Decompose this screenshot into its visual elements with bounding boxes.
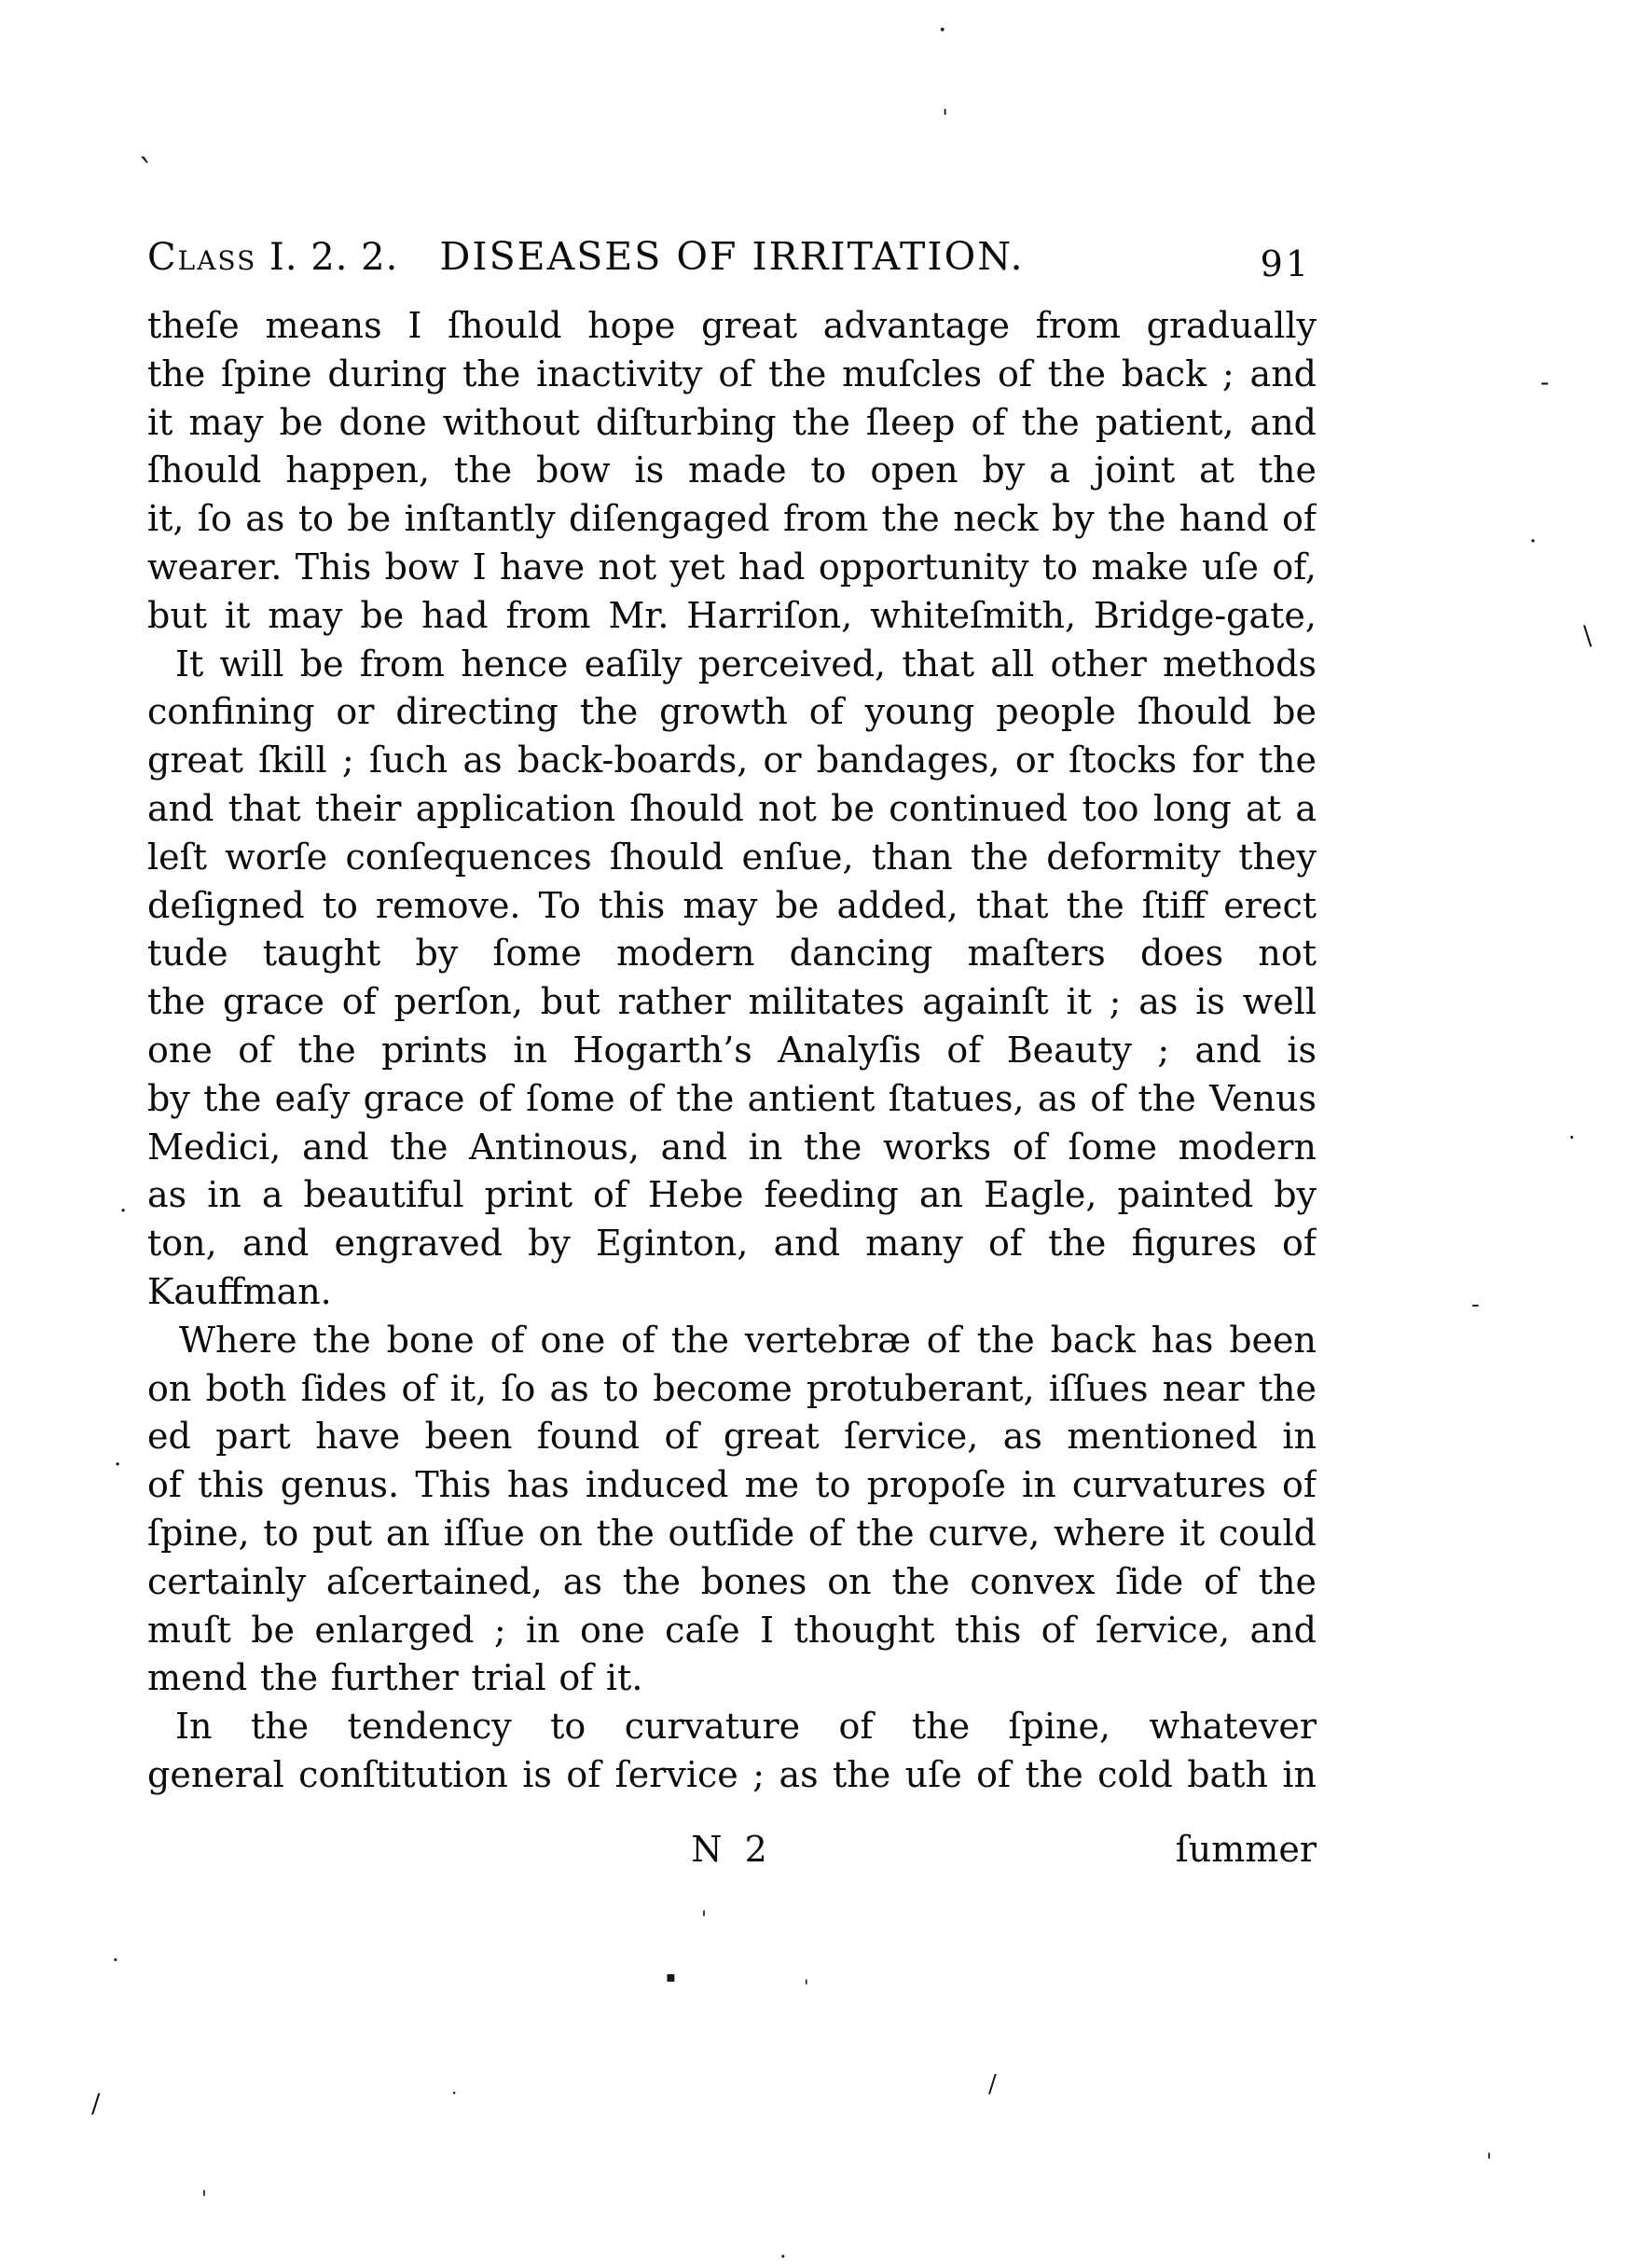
scan-speck: ▪ (666, 1970, 676, 1984)
signature-mark: N 2 (691, 1824, 773, 1874)
text-line: deſigned to remove. To this may be added… (147, 882, 1317, 931)
scan-speck: . (1529, 522, 1537, 546)
scan-speck: · (1568, 1127, 1576, 1149)
text-line: ed part have been found of great ſervice… (147, 1413, 1317, 1461)
text-line: theſe means I ſhould hope great advantag… (147, 302, 1317, 351)
text-line: tude taught by ſome modern dancing maſte… (147, 930, 1317, 978)
text-line: muſt be enlarged ; in one caſe I thought… (147, 1607, 1317, 1655)
text-line: ſpine, to put an iſſue on the outſide of… (147, 1510, 1317, 1558)
scan-speck: \ (1583, 623, 1592, 649)
running-header: Class I. 2. 2. DISEASES OF IRRITATION. 9… (147, 227, 1317, 281)
text-line: Medici, and the Antinous, and in the wor… (147, 1124, 1317, 1172)
class-number: I. 2. 2. (269, 236, 398, 279)
class-heading: Class I. 2. 2. (147, 236, 398, 279)
text-line: by the eaſy grace of ſome of the antient… (147, 1075, 1317, 1124)
text-line: the ſpine during the inactivity of the m… (147, 351, 1317, 399)
text-line: great ſkill ; ſuch as back-boards, or ba… (147, 737, 1317, 785)
text-line: Where the bone of one of the vertebræ of… (147, 1317, 1317, 1365)
text-line: it, ſo as to be inſtantly diſengaged fro… (147, 495, 1317, 544)
text-line: the grace of perſon, but rather militate… (147, 978, 1317, 1027)
text-line: one of the prints in Hogarth’s Analyſis … (147, 1027, 1317, 1075)
text-line: certainly aſcertained, as the bones on t… (147, 1558, 1317, 1607)
scan-speck: ' (1486, 2152, 1492, 2173)
scan-speck: · (938, 17, 947, 45)
page-number: 91 (1261, 243, 1311, 284)
text-line: confining or directing the growth of you… (147, 688, 1317, 737)
scan-speck: - (1471, 1293, 1480, 1317)
body-text: theſe means I ſhould hope great advantag… (147, 302, 1317, 1800)
text-line: of this genus. This has induced me to pr… (147, 1461, 1317, 1510)
text-line: it may be done without diſturbing the ſl… (147, 399, 1317, 448)
scan-speck: ' (701, 1910, 707, 1930)
scan-speck: ˈ (942, 108, 948, 132)
running-title: DISEASES OF IRRITATION. (440, 234, 1025, 279)
catchword: ſummer (1176, 1824, 1317, 1874)
scan-speck: ' (201, 2190, 207, 2210)
text-line: mend the further trial of it. (147, 1654, 1317, 1703)
text-line: and that their application ſhould not be… (147, 785, 1317, 834)
text-line: In the tendency to curvature of the ſpin… (147, 1703, 1317, 1751)
scan-speck: · (779, 2246, 787, 2268)
text-line: Kauffman. (147, 1268, 1317, 1317)
scan-speck: ` (138, 157, 155, 190)
scan-speck: · (114, 1453, 121, 1477)
scan-speck: ' (804, 1977, 809, 1996)
text-line: general conſtitution is of ſervice ; as … (147, 1751, 1317, 1800)
scan-speck: · (119, 1199, 127, 1224)
scan-speck: · (112, 1949, 119, 1971)
text-line: ton, and engraved by Eginton, and many o… (147, 1220, 1317, 1268)
book-page: Class I. 2. 2. DISEASES OF IRRITATION. 9… (0, 0, 1641, 2268)
text-line: It will be from hence eaſily perceived, … (147, 641, 1317, 689)
text-line: as in a beautiful print of Hebe feeding … (147, 1171, 1317, 1220)
text-line: on both ſides of it, ſo as to become pro… (147, 1365, 1317, 1414)
scan-speck: · (451, 2083, 457, 2102)
scan-speck: / (91, 2091, 100, 2117)
page-footer: N 2 ſummer (147, 1824, 1317, 1874)
text-line: but it may be had from Mr. Harriſon, whi… (147, 592, 1317, 641)
class-word: Class (147, 236, 256, 279)
scan-speck: - (1540, 369, 1549, 395)
text-line: ſhould happen, the bow is made to open b… (147, 447, 1317, 495)
text-line: leſt worſe conſequences ſhould enſue, th… (147, 834, 1317, 882)
scan-speck: / (988, 2072, 997, 2096)
text-line: wearer. This bow I have not yet had oppo… (147, 544, 1317, 592)
